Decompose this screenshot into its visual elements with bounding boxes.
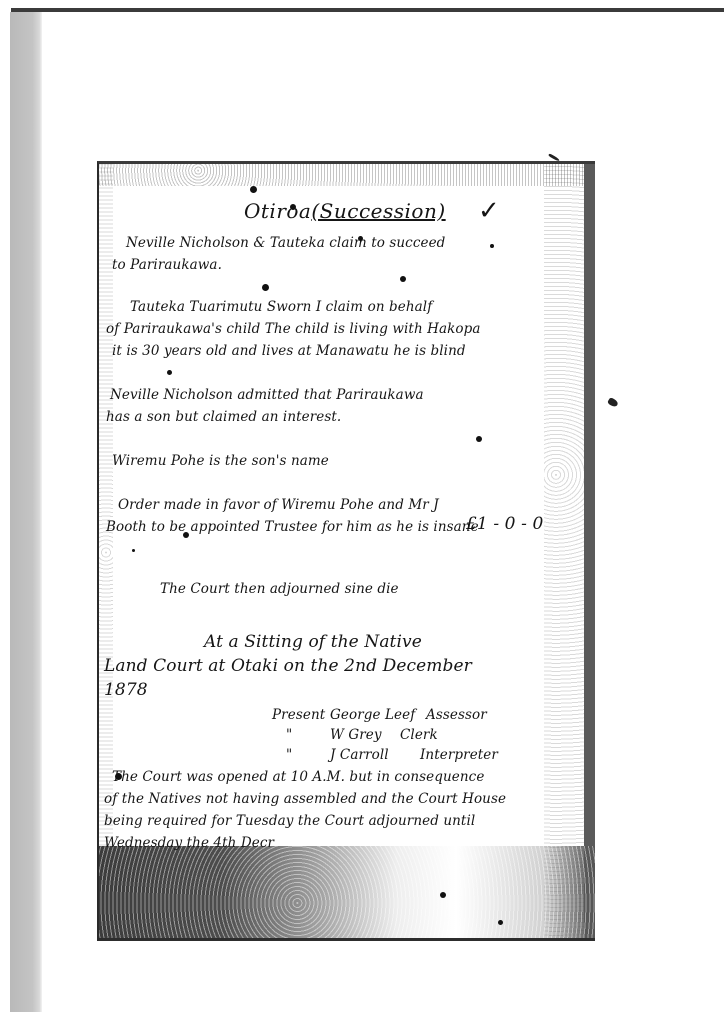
present-role: Assessor <box>426 704 487 726</box>
leaf-bottom-rule <box>99 938 595 941</box>
ink-blot <box>132 549 135 552</box>
paragraph-line: Order made in favor of Wiremu Pohe and M… <box>118 494 439 516</box>
ink-blot <box>476 436 482 442</box>
present-name: W Grey <box>330 724 382 746</box>
ditto-mark: " <box>286 724 292 746</box>
ink-blot <box>490 244 494 248</box>
sitting-heading-line: At a Sitting of the Native <box>204 630 422 654</box>
photocopy-noise-right <box>544 164 584 941</box>
margin-ink-mark <box>607 397 619 408</box>
closing-line: being required for Tuesday the Court adj… <box>104 810 475 832</box>
leaf-right-shadow-edge <box>584 164 595 941</box>
paragraph-line: Booth to be appointed Trustee for him as… <box>106 516 479 538</box>
paragraph-line: Neville Nicholson & Tauteka claim to suc… <box>126 232 445 254</box>
ink-blot <box>250 186 257 193</box>
ink-blot <box>167 370 172 375</box>
entry-title: Otiroa(Succession) <box>244 200 446 222</box>
ink-blot <box>498 920 503 925</box>
paragraph-line: has a son but claimed an interest. <box>106 406 341 428</box>
present-role: Clerk <box>400 724 438 746</box>
present-role: Interpreter <box>420 744 498 766</box>
ink-blot <box>262 284 269 291</box>
fee-amount: £1 - 0 - 0 <box>466 512 543 536</box>
present-name: J Carroll <box>330 744 389 766</box>
sitting-year: 1878 <box>104 678 148 702</box>
ink-blot <box>183 532 189 538</box>
scan-top-rule <box>11 8 724 12</box>
adjournment-line: The Court then adjourned sine die <box>160 578 399 600</box>
binding-strip <box>10 12 42 1012</box>
paragraph-line: it is 30 years old and lives at Manawatu… <box>112 340 466 362</box>
sitting-heading-line: Land Court at Otaki on the 2nd December <box>104 654 472 678</box>
entry-title-main: Otiroa <box>244 199 311 223</box>
check-mark-icon: ✓ <box>478 196 500 226</box>
photocopy-noise-top <box>99 164 595 186</box>
paragraph-line: of Pariraukawa's child The child is livi… <box>106 318 481 340</box>
leaf-bottom-shadow <box>99 846 595 941</box>
ditto-mark: " <box>286 744 292 766</box>
paragraph-line: Wiremu Pohe is the son's name <box>112 450 329 472</box>
paragraph-line: Neville Nicholson admitted that Parirauk… <box>110 384 424 406</box>
entry-title-sub: (Succession) <box>311 199 445 223</box>
present-name: George Leef <box>330 704 415 726</box>
closing-line: The Court was opened at 10 A.M. but in c… <box>112 766 484 788</box>
ink-blot <box>440 892 446 898</box>
closing-line: Wednesday the 4th Decr <box>104 832 274 854</box>
present-label: Present <box>272 704 325 726</box>
paragraph-line: to Pariraukawa. <box>112 254 222 276</box>
ink-blot <box>358 236 363 241</box>
paragraph-line: Tauteka Tuarimutu Sworn I claim on behal… <box>130 296 432 318</box>
ink-blot <box>115 773 122 780</box>
ink-blot <box>400 276 406 282</box>
ink-blot <box>290 204 296 210</box>
closing-line: of the Natives not having assembled and … <box>104 788 506 810</box>
